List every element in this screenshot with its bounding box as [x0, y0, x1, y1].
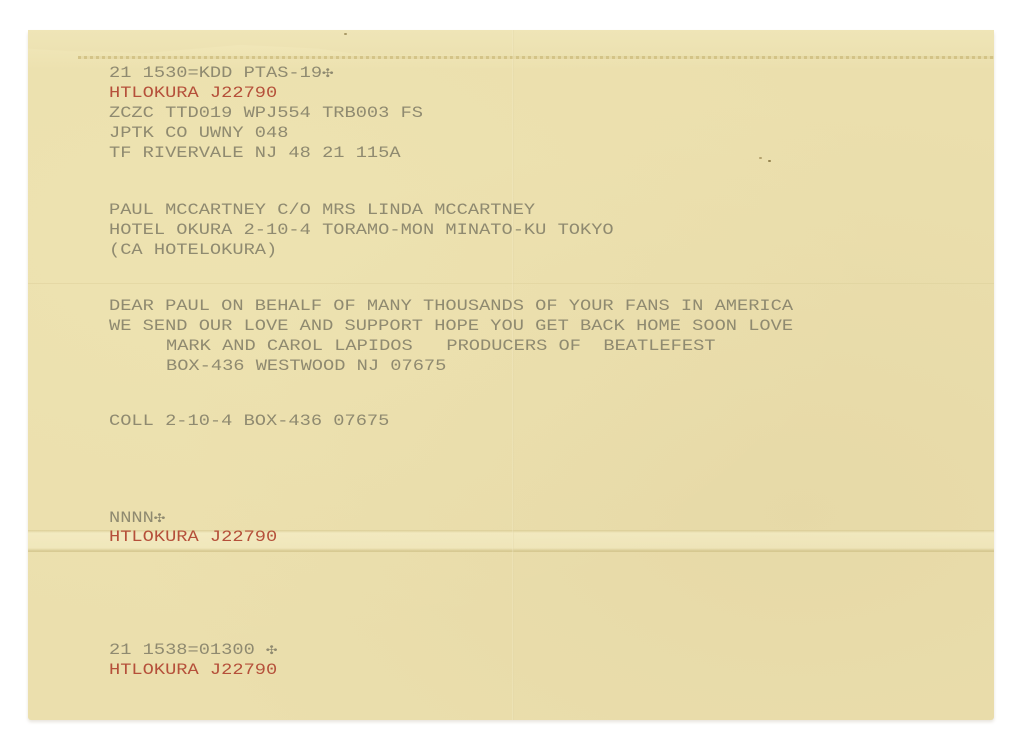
message-signature: MARK AND CAROL LAPIDOS PRODUCERS OF BEAT… — [166, 338, 716, 354]
paper-speck — [759, 157, 762, 159]
footer-recipient-code: HTLOKURA J22790 — [109, 662, 277, 678]
message-line-1: DEAR PAUL ON BEHALF OF MANY THOUSANDS OF… — [109, 298, 793, 314]
fold-crease-upper — [28, 283, 994, 284]
header-origin-line: TF RIVERVALE NJ 48 21 115A — [109, 145, 401, 161]
torn-edge — [78, 56, 994, 59]
message-line-2: WE SEND OUR LOVE AND SUPPORT HOPE YOU GE… — [109, 318, 793, 334]
address-name-line: PAUL MCCARTNEY C/O MRS LINDA MCCARTNEY — [109, 202, 535, 218]
end-recipient-code: HTLOKURA J22790 — [109, 529, 277, 545]
fold-crease-vertical — [512, 30, 514, 720]
collation-line: COLL 2-10-4 BOX-436 07675 — [109, 413, 389, 429]
header-recipient-code: HTLOKURA J22790 — [109, 85, 277, 101]
header-transmission-line: 21 1530=KDD PTAS-19✣ — [109, 65, 333, 81]
header-office-line: JPTK CO UWNY 048 — [109, 125, 288, 141]
paper-speck — [344, 33, 347, 35]
header-routing-line: ZCZC TTD019 WPJ554 TRB003 FS — [109, 105, 423, 121]
address-hotel-line: HOTEL OKURA 2-10-4 TORAMO-MON MINATO-KU … — [109, 222, 614, 238]
message-sender-address: BOX-436 WESTWOOD NJ 07675 — [166, 358, 446, 374]
telegram-paper: 21 1530=KDD PTAS-19✣ HTLOKURA J22790 ZCZ… — [28, 30, 994, 720]
address-cable-line: (CA HOTELOKURA) — [109, 242, 277, 258]
paper-speck — [768, 160, 771, 162]
end-of-message-marker: NNNN✣ — [109, 510, 165, 526]
footer-transmission-line: 21 1538=01300 ✣ — [109, 642, 277, 658]
